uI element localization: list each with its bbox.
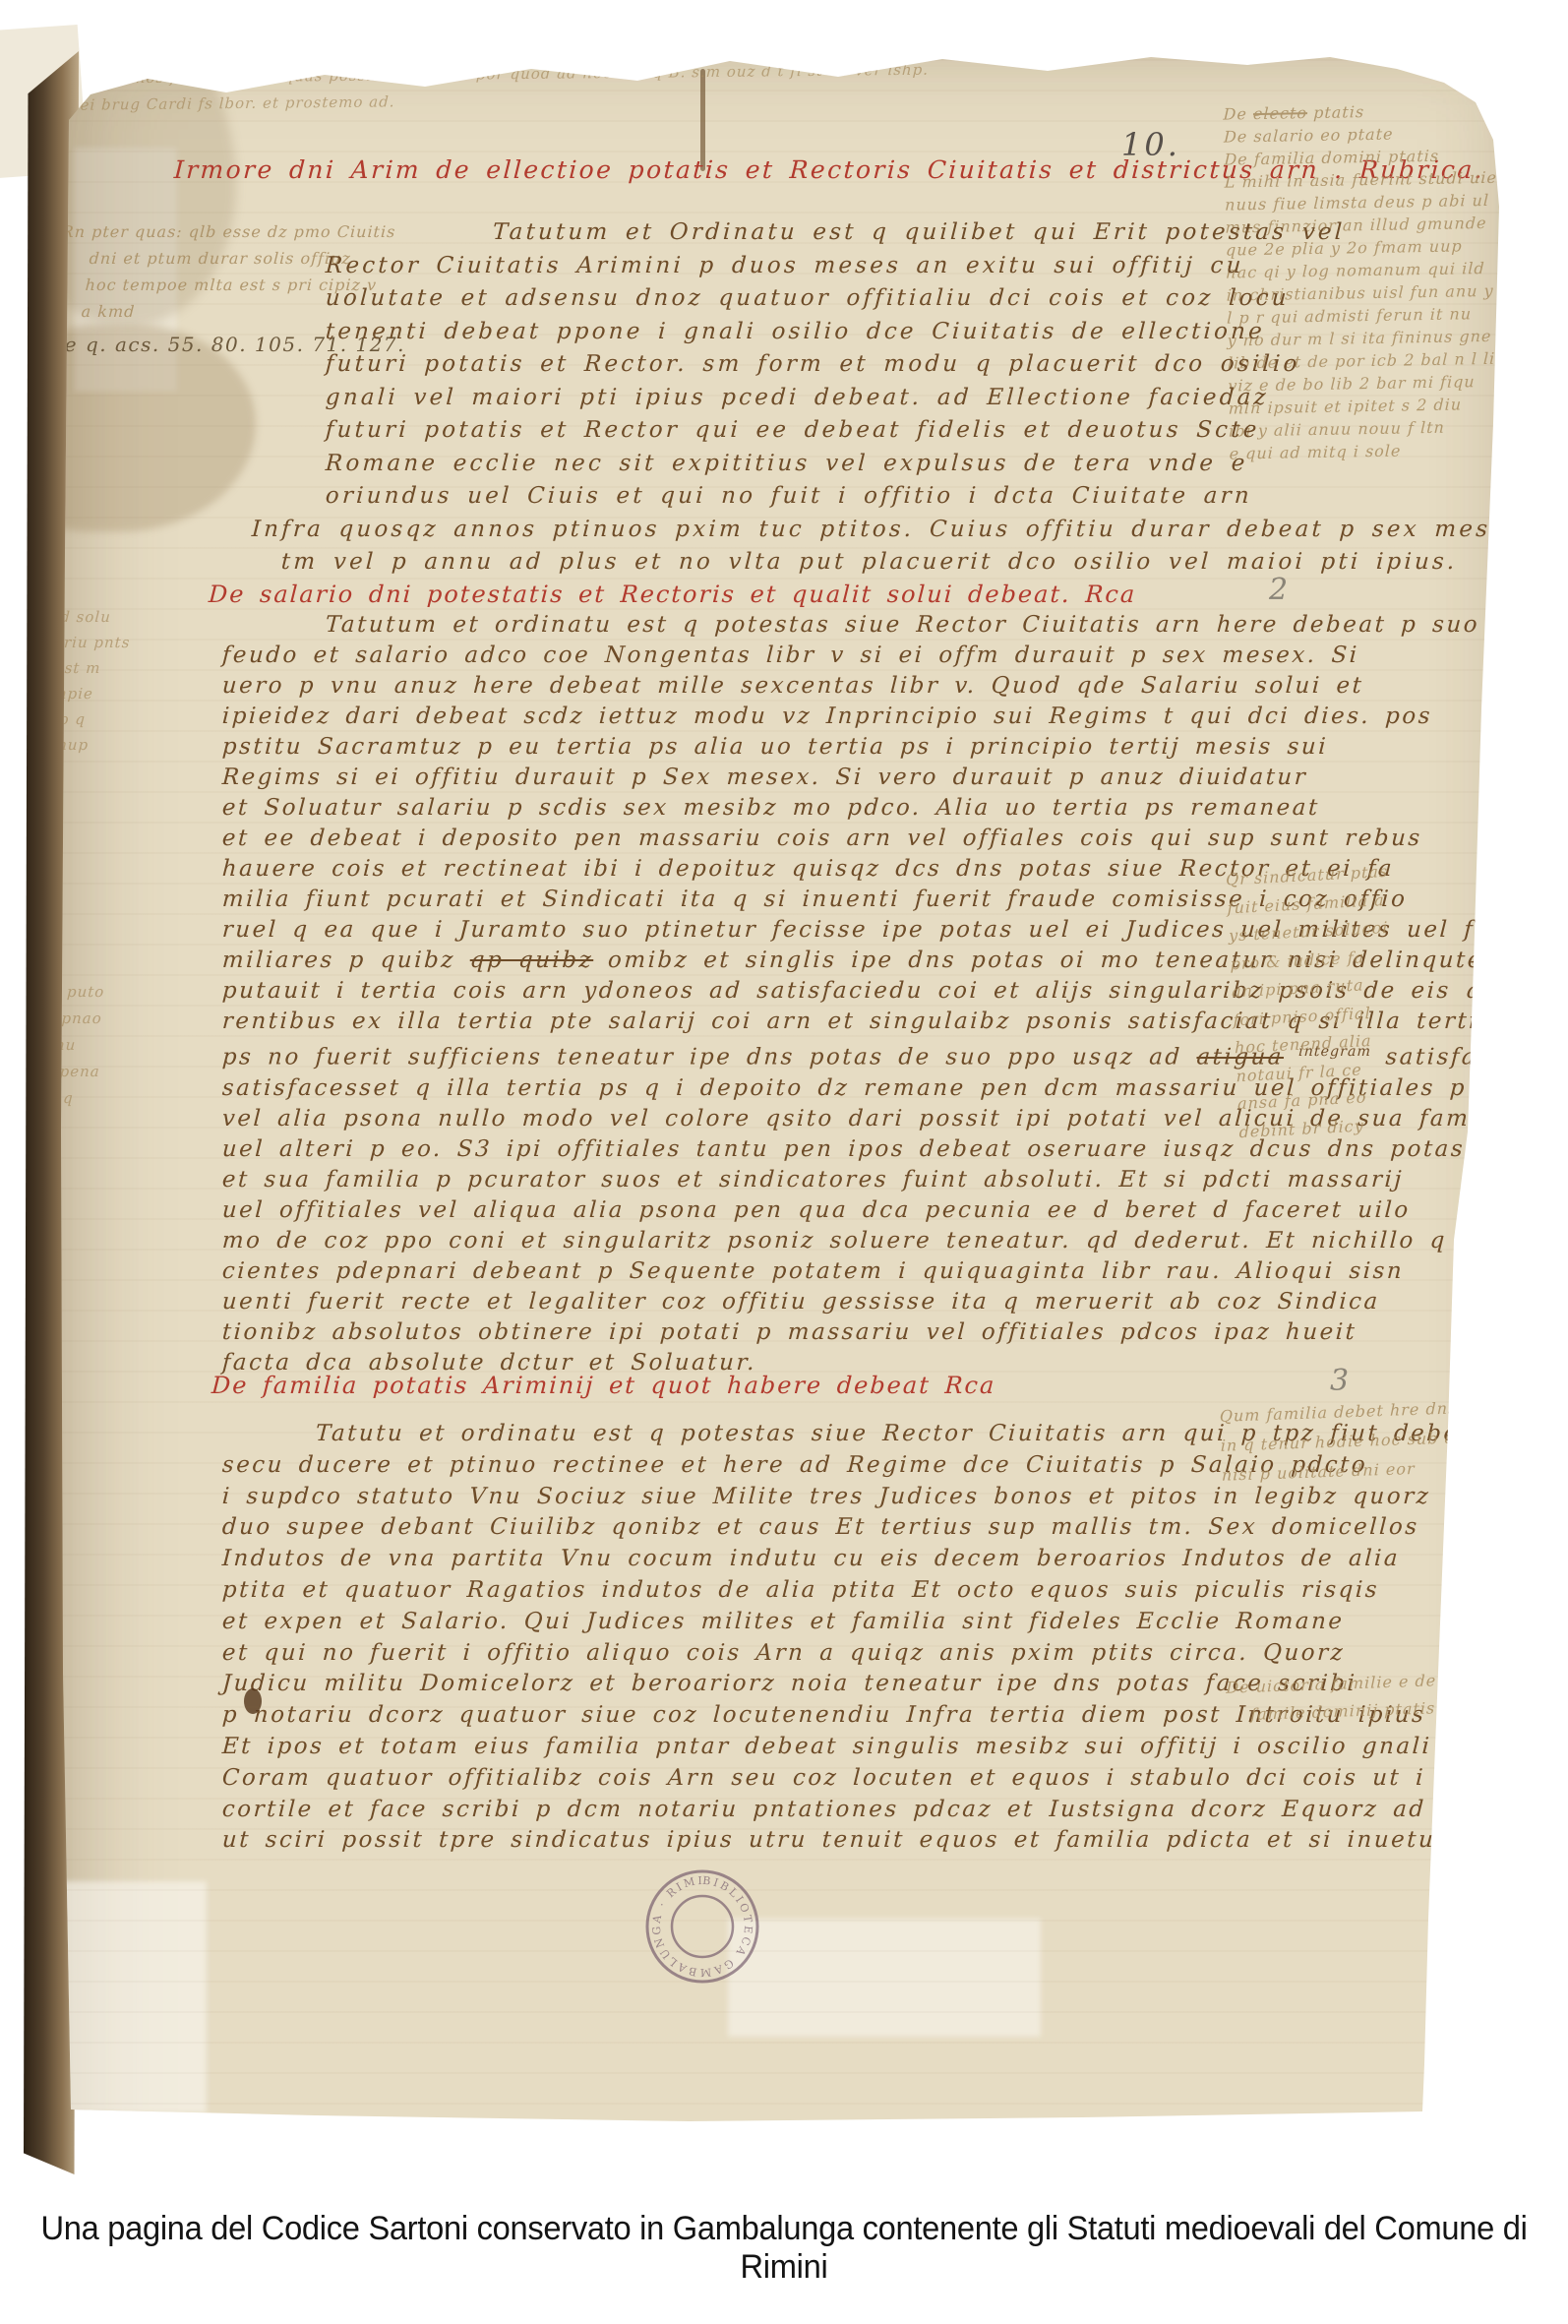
manuscript-line: uel offitiales vel aliqua alia psona pen… — [221, 1195, 1533, 1226]
manuscript-line: L mihi in asia fuerint studi uie — [1224, 165, 1517, 193]
manuscript-line: Ul ais regnas que mihi qd l super possib… — [59, 28, 1174, 66]
manuscript-line: dei brug Cardi fs lbor. et prostemo ad. — [69, 81, 1174, 119]
manuscript-line: ptita et quatuor Ragatios indutos de ali… — [221, 1575, 1487, 1607]
manuscript-line: pstitu Sacramtuz p eu tertia ps alia uo … — [221, 732, 1533, 763]
library-stamp: BIBLIOTECA GAMBALUNGA · RIMINI · — [641, 1865, 763, 1988]
manuscript-line: uenti fuerit recte et legaliter coz offi… — [221, 1287, 1533, 1317]
manuscript-line: y no dur m l si ita fininus gne — [1227, 324, 1520, 351]
manuscript-line: na q mo q — [2, 706, 131, 732]
manuscript-line: ys tenetur solucoi — [1229, 914, 1391, 950]
manuscript-line: Judicu militu Domicelorz et beroariorz n… — [221, 1669, 1487, 1700]
manuscript-line: viz e de bo lib 2 bar mi fiqu — [1228, 369, 1521, 397]
parchment-page: Ul ais regnas que mihi qd l super possib… — [0, 0, 1568, 2324]
manuscript-line: vel alia psona nullo modo vel colore qsi… — [221, 1104, 1533, 1134]
manuscript-line: tionibz absolutos obtinere ipi potati p … — [221, 1317, 1533, 1348]
manuscript-line: De electo ptatis — [1223, 97, 1516, 125]
manuscript-line: et expen et Salario. Qui Judices milites… — [221, 1607, 1487, 1638]
manuscript-line: hoc tempoe mlta est s pri cipiz v — [85, 272, 396, 298]
manuscript-line: ansa fa pna eo — [1237, 1081, 1400, 1118]
manuscript-line: feudo et salario adco coe Nongentas libr… — [221, 641, 1533, 671]
right-margin-gloss-victoria: De uictoria familie e defamile dominij p… — [1225, 1667, 1437, 1729]
manuscript-line: lib de et de por icb 2 bal n l libr — [1228, 346, 1521, 374]
manuscript-line: facta dca absolute dctur et Soluatur. — [221, 1348, 1533, 1378]
manuscript-line: mus finnzior an illud gmunde — [1225, 211, 1518, 238]
ink-blot — [244, 1688, 262, 1714]
manuscript-line: Tatutum et Ordinatu est q quilibet qui E… — [492, 216, 1524, 250]
rubric-salario: De salario dni potestatis et Rectoris et… — [208, 581, 1137, 608]
manuscript-line: miliares p quibz qp quibz omibz et singl… — [221, 946, 1533, 976]
manuscript-line: ut sciri possit tpre sindicatus ipius ut… — [221, 1825, 1487, 1857]
manuscript-line: et ee debeat i deposito pen massariu coi… — [221, 824, 1533, 854]
manuscript-line: lib salariu pnts — [2, 630, 131, 655]
manuscript-line: i supdco statuto Vnu Sociuz siue Milite … — [221, 1482, 1487, 1513]
rubric-familia: De familia potatis Ariminij et quot habe… — [211, 1372, 996, 1399]
manuscript-line: fori pniso offial — [1234, 998, 1396, 1034]
manuscript-line: bitia pnup — [2, 732, 131, 758]
manuscript-line: oriundus uel Ciuis et qui no fuit i offi… — [325, 480, 1524, 514]
manuscript-line: et qui no fuerit i offitio aliquo cois A… — [221, 1638, 1487, 1670]
manuscript-line: p notariu dcorz quatuor siue coz locuten… — [221, 1700, 1487, 1732]
chapter-number-2: 2 — [1269, 573, 1288, 607]
manuscript-line: debint br dicy — [1239, 1110, 1402, 1146]
manuscript-line: Qr sindicatur ptas — [1226, 858, 1388, 894]
manuscript-line: a kmd — [81, 298, 396, 325]
manuscript-line: Coram quatuor offitialibz cois Arn seu c… — [221, 1763, 1487, 1795]
right-margin-gloss-sindicatur: Qr sindicatur ptasfuit eius familia ays … — [1225, 858, 1402, 1146]
manuscript-line: Infra quosqz annos ptinuos pxim tuc ptit… — [251, 514, 1524, 547]
manuscript-line: cientes pdepnari debeant p Sequente pota… — [221, 1256, 1533, 1287]
right-margin-index-notes: De electo ptatisDe salario eo ptateDe fa… — [1223, 97, 1522, 464]
manuscript-line: in christianibus uisl fun anu y se — [1226, 278, 1519, 306]
manuscript-line: fuit eius familia a — [1228, 886, 1390, 922]
manuscript-line: ruel q ea que i Juramto suo ptinetur fec… — [221, 915, 1533, 946]
folio-number: 10. — [1121, 126, 1180, 163]
svg-text:BIBLIOTECA GAMBALUNGA · RIMINI: BIBLIOTECA GAMBALUNGA · RIMINI · — [641, 1865, 754, 1979]
manuscript-line: Romane ecclie nec sit expititius vel exp… — [325, 448, 1524, 481]
manuscript-line: futuri potatis et Rector. sm form et mod… — [325, 348, 1524, 382]
manuscript-line: e qui ad mitq i sole — [1229, 437, 1522, 464]
statute-paragraph-2: Tatutum et ordinatu est q potestas siue … — [221, 610, 1532, 1378]
manuscript-line: tenenti debeat ppone i gnali osilio dce … — [325, 316, 1524, 349]
manuscript-line: rentibus ex illa tertia pte salarij coi … — [221, 1007, 1533, 1037]
vide-reference-note: Vide q. acs. 55. 80. 105. 71. 127. — [28, 333, 405, 356]
manuscript-line: hoc tenend alia — [1235, 1026, 1397, 1063]
manuscript-line: mo de coz ppo coni et singularitz psoniz… — [221, 1226, 1533, 1256]
manuscript-line: ipieidez dari debeat scdz iettuz modu vz… — [221, 702, 1533, 732]
left-margin-note: Rn pter quas: qlb esse dz pmo Ciuitisdni… — [61, 218, 395, 325]
manuscript-line: De uictoria familie e de — [1226, 1667, 1436, 1702]
manuscript-line: duo supee debant Ciuilibz qonibz et caus… — [221, 1512, 1487, 1544]
pen-stroke — [700, 69, 705, 171]
photo-caption: Una pagina del Codice Sartoni conservato… — [31, 2210, 1537, 2287]
statute-paragraph-3: Tatutu et ordinatu est q potestas siue R… — [221, 1419, 1486, 1857]
manuscript-line: notaui fr la ce — [1236, 1054, 1399, 1090]
repair-patch-left-top — [75, 148, 177, 392]
manuscript-line: gnali vel maiori pti ipius pcedi debeat.… — [325, 382, 1524, 415]
repair-patch-bottom-left — [53, 1881, 207, 2113]
manuscript-line: nuus fiue limsta deus p abi ul — [1225, 188, 1518, 215]
manuscript-line: satisfacesset q illa tertia ps q i depoi… — [221, 1073, 1533, 1104]
manuscript-line: et Soluatur salariu p scdis sex mesibz m… — [221, 793, 1533, 824]
manuscript-line: De salario eo ptate — [1224, 120, 1517, 148]
manuscript-line: putauit i tertia cois arn ydoneos ad sat… — [221, 976, 1533, 1007]
manuscript-line: nisi p uolitate dni eor — [1222, 1451, 1494, 1491]
manuscript-line: Et ipos et totam eius familia pntar debe… — [221, 1732, 1487, 1763]
rubric-heading: Irmore dni Arim de ellectioe potatis et … — [173, 155, 1485, 184]
manuscript-line: pro & iudice fa — [1231, 942, 1393, 978]
manuscript-line: Tatutu et ordinatu est q potestas siue R… — [315, 1419, 1487, 1450]
manuscript-line: uero p vnu anuz here debeat mille sexcen… — [221, 671, 1533, 702]
manuscript-line: tm vel p annu ad plus et no vlta put pla… — [280, 546, 1524, 580]
statute-paragraph-1: Tatutum et Ordinatu est q quilibet qui E… — [325, 216, 1522, 580]
manuscript-photo: Ul ais regnas que mihi qd l super possib… — [0, 0, 1568, 2324]
manuscript-line: dni et ptum durar solis offiuz — [89, 245, 396, 272]
manuscript-line: Tatutum et ordinatu est q potestas siue … — [325, 610, 1533, 641]
manuscript-line: in q tenur hodie hoc sub a — [1221, 1422, 1493, 1461]
manuscript-line: hac qi y log nomanum qui ild — [1226, 256, 1519, 283]
right-margin-gloss-familia: Qum familia debet hre dns ptain q tenur … — [1219, 1392, 1494, 1491]
manuscript-line: secu ducere et ptinuo rectinee et here a… — [221, 1450, 1487, 1482]
manuscript-line: an ipi pna ruta — [1232, 970, 1394, 1007]
manuscript-line: et sua familia p pcurator suos et sindic… — [221, 1165, 1533, 1195]
manuscript-line: uel alteri p eo. S3 ipi offitiales tantu… — [221, 1134, 1533, 1165]
manuscript-line: Regims si ei offitiu durauit p Sex mesex… — [221, 763, 1533, 793]
manuscript-line: Indutos de vna partita Vnu cocum indutu … — [221, 1544, 1487, 1575]
manuscript-line: futuri potatis et Rector qui ee debeat f… — [325, 414, 1524, 448]
manuscript-line: mln ipsuit et ipitet s 2 diu — [1228, 392, 1521, 419]
manuscript-line: Rector Ciuitatis Arimini p duos meses an… — [325, 250, 1524, 283]
manuscript-line: ps no fuerit sufficiens teneatur ipe dns… — [221, 1037, 1534, 1073]
manuscript-line: l p r qui admisti ferun it nu — [1227, 301, 1520, 329]
manuscript-line: hauere cois et rectineat ibi i depoituz … — [221, 854, 1533, 885]
manuscript-line: famile dominij ptatis — [1250, 1694, 1437, 1729]
manuscript-line: ibi y alii anuu nouu f ltn — [1229, 414, 1522, 442]
manuscript-line: um q qd solu — [2, 604, 131, 630]
left-margin-note: um q qd solulib salariu pntsnotarij st m… — [2, 604, 130, 758]
manuscript-line: uolutate et adsensu dnoz quatuor offitia… — [325, 282, 1524, 316]
manuscript-line: Rn pter quas: qlb esse dz pmo Ciuitis — [61, 218, 396, 245]
manuscript-line: cortile et face scribi p dcm notariu pnt… — [221, 1795, 1487, 1826]
manuscript-line: rader mos faceret s por quas possibi sua… — [79, 54, 1174, 92]
manuscript-line: dreuj mpie — [2, 681, 131, 706]
manuscript-line: milia fiunt pcurati et Sindicati ita q s… — [221, 885, 1533, 915]
manuscript-line: Qum familia debet hre dns pta — [1220, 1392, 1492, 1432]
top-margin-annotations: Ul ais regnas que mihi qd l super possib… — [59, 28, 1174, 119]
manuscript-line: De familia domini ptatis — [1224, 143, 1517, 170]
manuscript-line: notarij st m — [2, 655, 131, 681]
manuscript-line: que 2e plia y 2o fmam uup — [1226, 233, 1519, 261]
chapter-number-3: 3 — [1330, 1364, 1349, 1398]
repair-patch-bottom-center — [728, 1919, 1041, 2037]
